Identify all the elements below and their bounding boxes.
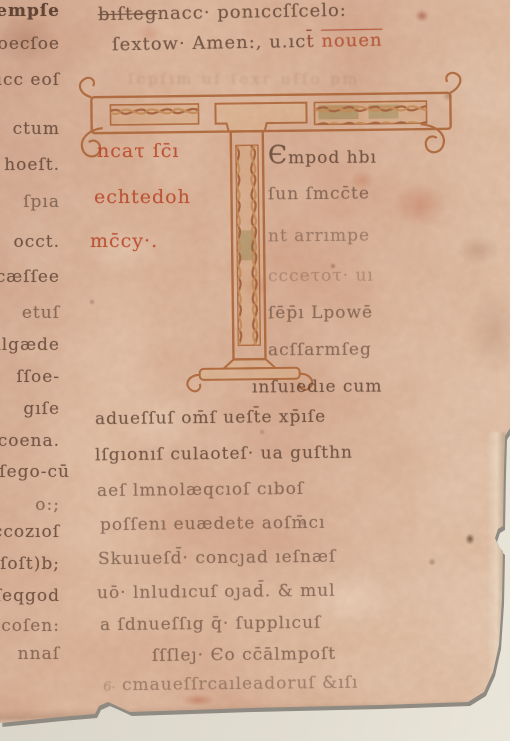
rubric-line: ncaτ ſc̄ı [97,140,180,162]
margin-mark: 6· [102,679,116,696]
left-column-line: occt. [0,232,60,252]
left-column-line: ctum [0,119,60,139]
body-line: aeſ lmnolæqcıoſ cıboſ [97,479,304,501]
photo-frame: empſe ſoecſoe ıcc eoſ ctum hoeſt. ſpıa o… [0,0,510,741]
body-line: adueſſuſ om̄ſ ueſt̄e xp̄ıſe [95,407,326,429]
body-line: uō· lnludıcuſ oȷad̄. & mul [97,581,336,603]
left-column-line: ſoecſoe [0,34,60,54]
left-column-line: coena. [0,431,60,451]
left-column-line: o:; [0,495,60,515]
left-column-line: etuſ [0,303,60,323]
page-bottom-edge [0,698,510,732]
left-column-line: cæſſee [0,267,60,287]
left-column-line: gıſe [0,399,60,419]
struck-word: bıſteg [98,3,158,25]
left-column-line: ſeqgod [0,586,60,606]
rubric-line: echtedoh [94,186,191,208]
rubric-cross: t̄ [306,31,321,52]
left-column-line: ſſoe- [0,367,60,387]
text-line: ınſuıedıe cum [252,377,383,398]
left-column-line: eſego-cū [0,462,70,482]
left-column-line: ſpıa [0,192,60,212]
text-line: acſſarmſeg [268,340,372,361]
left-column-line: cccozıoſ [0,522,60,542]
left-column-line: empſe [0,1,60,21]
header-line-2-text: ſextow· Amen:, u.ıc [112,31,307,55]
body-line: Skuıueſd̄· concȷad ıeſnæſ [98,547,336,569]
rubric-word-red: nouen [321,30,383,52]
header-line-2: ſextow· Amen:, u.ıct̄ nouen [112,30,383,56]
left-column-line: coſen: [0,616,60,636]
text-line: ſēp̄ı Lpowē [268,303,373,324]
header-line-1: bıſtegnacc· ponıccſſcelo: [98,0,347,25]
body-line: poſſenı euædete aoſm̄cı [100,513,326,535]
text-line: Єmpod hbı [268,140,377,170]
rubric-line: mc̄cy·. [90,230,158,252]
left-column-line: ıcc eoſ [0,70,60,90]
text-line: ccceτoτ· uı [268,266,374,287]
text-line: ſun ſmcc̄te [268,184,370,205]
body-line: cmaueſſrcaıleadoruſ &ıſı [122,673,359,695]
header-line-1-rest: nacc· ponıccſſcelo: [157,0,347,24]
body-line: a ſdnueſſıg q̄· ſupplıcuſ [100,613,322,635]
left-column-line: hoeſt. [0,155,60,175]
left-column-line: ılgæde [0,335,60,355]
left-column-line: ſoſt)b; [0,554,60,574]
body-line: lſgıonıſ culaoteſ· ua guſthn [95,443,353,466]
text-line: nt arrımpe [268,226,370,247]
body-line: ſſſleȷ· Єo cc̄ālmpoſt [152,644,336,666]
left-column-line: nnaſ [0,644,60,664]
manuscript-page: empſe ſoecſoe ıcc eoſ ctum hoeſt. ſpıa o… [0,0,510,741]
